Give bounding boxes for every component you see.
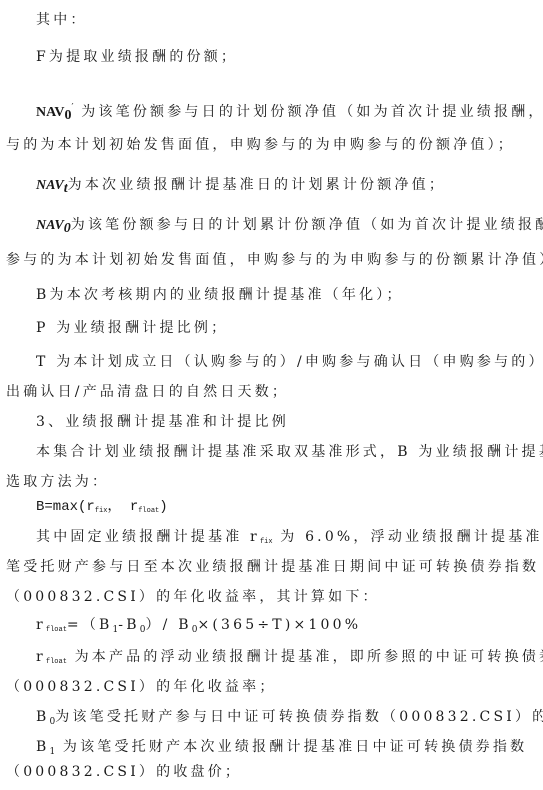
subscript: float: [138, 507, 159, 515]
text-line: 出确认日/产品清盘日的自然日天数；: [6, 383, 289, 401]
text-line: （000832.CSI）的年化收益率，其计算如下：: [6, 588, 380, 606]
text-line: P 为业绩报酬计提比例；: [36, 319, 228, 337]
subscript: 0: [65, 108, 72, 123]
nav-symbol: NAV: [36, 105, 65, 120]
nav-symbol: NAV: [36, 218, 64, 233]
text-line: F为提取业绩报酬的份额；: [36, 48, 238, 66]
formula-part: r: [36, 617, 46, 633]
nav-symbol: NAV: [36, 178, 64, 193]
text-line: 本集合计划业绩报酬计提基准采取双基准形式，B 为业绩报酬计提基准，其: [36, 443, 543, 461]
text: 为该笔份额参与日的计划累计份额净值（如为首次计提业绩报酬，认购: [71, 217, 543, 233]
nav0-prime-definition: NAV0′ 为该笔份额参与日的计划份额净值（如为首次计提业绩报酬，认购参: [36, 99, 543, 125]
text-line: （000832.CSI）的年化收益率；: [6, 678, 277, 696]
text: 为 6.0%，浮动业绩报酬计提基准 r: [273, 529, 543, 545]
text: 为该笔受托财产参与日中证可转换债券指数（000832.CSI）的收盘价；: [55, 709, 543, 725]
text: 为该笔份额参与日的计划份额净值（如为首次计提业绩报酬，认购参: [74, 104, 543, 120]
subscript: fix: [95, 507, 108, 515]
section-heading: 3、业绩报酬计提基准和计提比例: [36, 413, 289, 431]
subscript: float: [46, 658, 67, 666]
text-line: B为本次考核期内的业绩报酬计提基准（年化）；: [36, 286, 404, 304]
text: 其中固定业绩报酬计提基准 r: [36, 529, 260, 545]
text: 为本次业绩报酬计提基准日的计划累计份额净值；: [68, 177, 446, 193]
formula-part: ）/ B: [145, 617, 191, 633]
r-float-definition: rfloat 为本产品的浮动业绩报酬计提基准，即所参照的中证可转换债券指数: [36, 648, 543, 671]
b1-definition: B1 为该笔受托财产本次业绩报酬计提基准日中证可转换债券指数: [36, 738, 527, 761]
subscript: float: [46, 626, 67, 634]
text: 为本产品的浮动业绩报酬计提基准，即所参照的中证可转换债券指数: [67, 649, 543, 665]
formula-part: =（B: [67, 617, 113, 633]
formula-part: B=max(r: [36, 499, 95, 515]
text-line: （000832.CSI）的收盘价；: [6, 763, 242, 781]
nav0-definition: NAV0为该笔份额参与日的计划累计份额净值（如为首次计提业绩报酬，认购: [36, 216, 543, 238]
formula-b-max: B=max(rfix， rfloat): [36, 498, 168, 520]
formula-part: ， r: [107, 499, 138, 515]
subscript: fix: [260, 538, 273, 546]
navt-definition: NAVt为本次业绩报酬计提基准日的计划累计份额净值；: [36, 176, 446, 198]
text-line: 其中：: [36, 11, 88, 29]
fixed-benchmark-line: 其中固定业绩报酬计提基准 rfix 为 6.0%，浮动业绩报酬计提基准 rflo…: [36, 528, 543, 551]
text-line: T 为本计划成立日（认购参与的）/申购参与确认日（申购参与的）到本次退: [36, 353, 543, 371]
text: B: [36, 709, 50, 725]
text: 为该笔受托财产本次业绩报酬计提基准日中证可转换债券指数: [55, 739, 527, 755]
text: B: [36, 739, 50, 755]
formula-part: -B: [118, 617, 139, 633]
text-line: 参与的为本计划初始发售面值，申购参与的为申购参与的份额累计净值）；: [6, 251, 543, 269]
formula-part: ): [159, 499, 167, 515]
text: r: [36, 649, 46, 665]
text-line: 笔受托财产参与日至本次业绩报酬计提基准日期间中证可转换债券指数: [6, 558, 539, 576]
text-line: 选取方法为：: [6, 473, 109, 491]
formula-r-float: rfloat=（B1-B0）/ B0×(365÷T)×100%: [36, 616, 361, 639]
text-line: 与的为本计划初始发售面值，申购参与的为申购参与的份额净值）；: [6, 136, 515, 154]
formula-part: ×(365÷T)×100%: [197, 617, 361, 633]
b0-definition: B0为该笔受托财产参与日中证可转换债券指数（000832.CSI）的收盘价；: [36, 708, 543, 731]
subscript: 0: [64, 221, 71, 236]
